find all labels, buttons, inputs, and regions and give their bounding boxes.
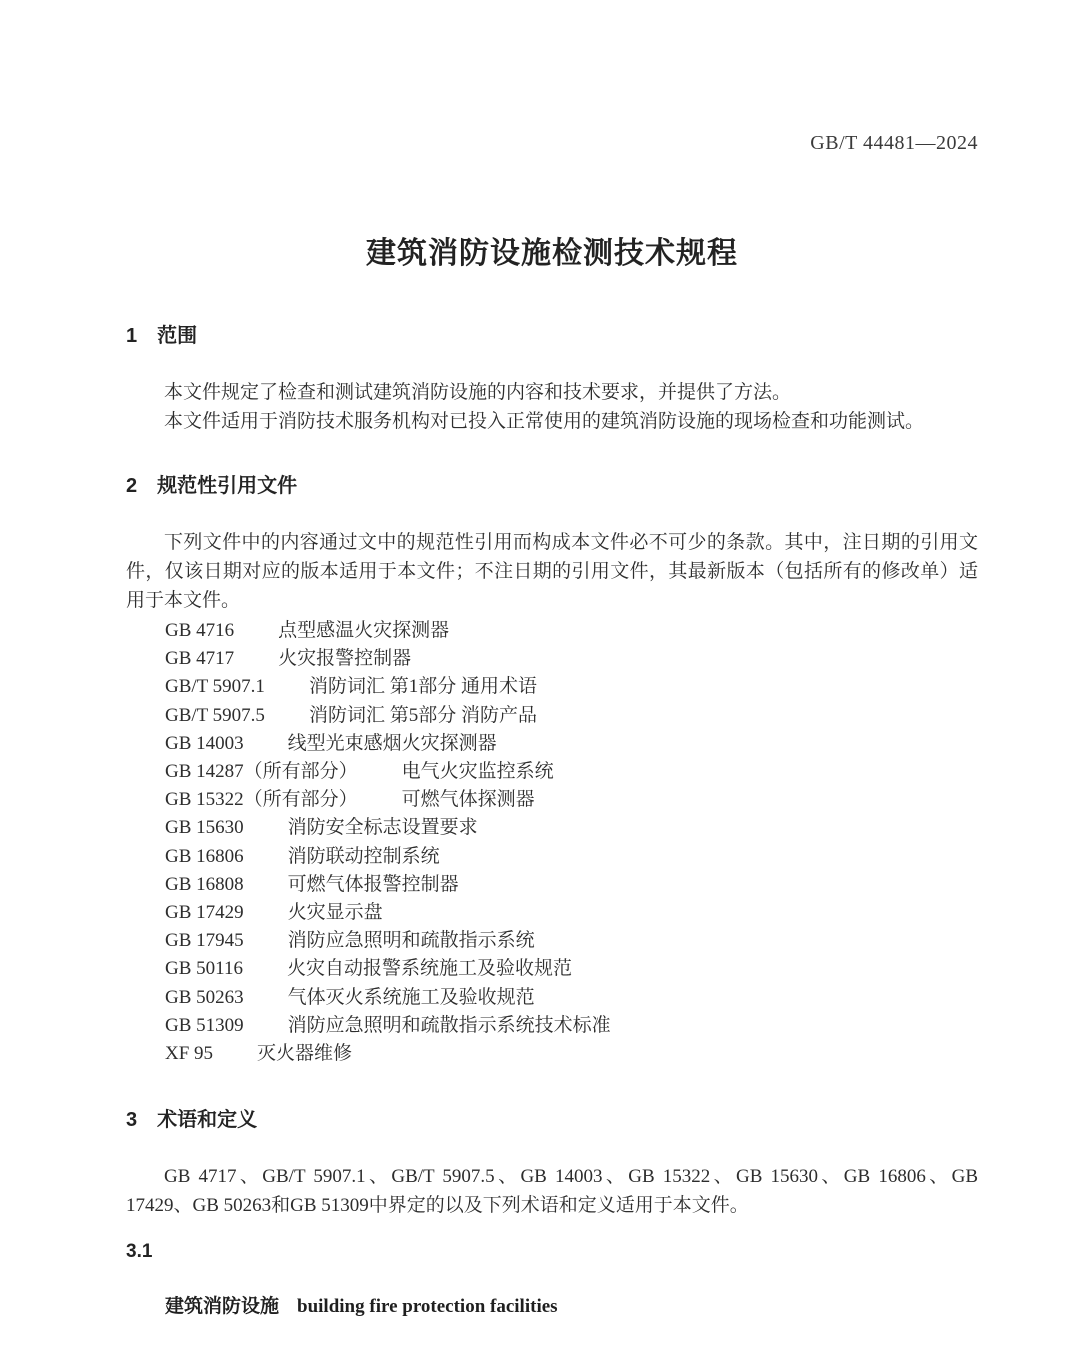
reference-title: 消防词汇 第5部分 消防产品: [309, 702, 537, 730]
reference-title: 火灾报警控制器: [278, 645, 411, 673]
reference-item: GB 14003 线型光束感烟火灾探测器: [165, 730, 978, 758]
reference-item: GB 4717 火灾报警控制器: [165, 645, 978, 673]
reference-code: GB 14003: [165, 730, 244, 758]
reference-item: GB 15630 消防安全标志设置要求: [165, 814, 978, 842]
term-definition-entry: 建筑消防设施building fire protection facilitie…: [126, 1294, 978, 1320]
clause-number: 3.1: [126, 1240, 978, 1264]
reference-title: 消防词汇 第1部分 通用术语: [309, 673, 537, 701]
reference-title: 消防应急照明和疏散指示系统技术标准: [288, 1012, 611, 1040]
section-title: 术语和定义: [157, 1109, 257, 1131]
term-english: building fire protection facilities: [297, 1296, 558, 1317]
section-heading-terms: 3术语和定义: [126, 1108, 978, 1132]
reference-item: GB 16808 可燃气体报警控制器: [165, 871, 978, 899]
reference-code: GB/T 5907.5: [165, 702, 265, 730]
reference-code: GB 16808: [165, 871, 244, 899]
reference-code: GB 51309: [165, 1012, 244, 1040]
normative-references-intro: 下列文件中的内容通过文中的规范性引用而构成本文件必不可少的条款。其中，注日期的引…: [126, 528, 978, 615]
reference-title: 线型光束感烟火灾探测器: [288, 730, 497, 758]
section-heading-scope: 1范围: [126, 324, 978, 348]
scope-paragraphs: 本文件规定了检查和测试建筑消防设施的内容和技术要求，并提供了方法。 本文件适用于…: [126, 378, 978, 436]
reference-item: GB 4716 点型感温火灾探测器: [165, 617, 978, 645]
reference-item: GB/T 5907.5 消防词汇 第5部分 消防产品: [165, 702, 978, 730]
reference-title: 点型感温火灾探测器: [278, 617, 449, 645]
reference-code: GB/T 5907.1: [165, 673, 265, 701]
reference-item: GB 16806 消防联动控制系统: [165, 843, 978, 871]
reference-title: 可燃气体探测器: [402, 786, 535, 814]
section-number: 3: [126, 1108, 137, 1132]
reference-title: 气体灭火系统施工及验收规范: [288, 984, 535, 1012]
reference-code: XF 95: [165, 1040, 213, 1068]
reference-title: 火灾自动报警系统施工及验收规范: [287, 955, 572, 983]
section-heading-normative-references: 2规范性引用文件: [126, 474, 978, 498]
reference-item: GB 51309 消防应急照明和疏散指示系统技术标准: [165, 1012, 978, 1040]
document-title: 建筑消防设施检测技术规程: [126, 236, 978, 272]
reference-item: GB 17429 火灾显示盘: [165, 899, 978, 927]
reference-code: GB 4716: [165, 617, 234, 645]
reference-title: 可燃气体报警控制器: [288, 871, 459, 899]
reference-item: GB/T 5907.1 消防词汇 第1部分 通用术语: [165, 673, 978, 701]
reference-code: GB 4717: [165, 645, 234, 673]
scope-paragraph-2: 本文件适用于消防技术服务机构对已投入正常使用的建筑消防设施的现场检查和功能测试。: [126, 407, 978, 436]
standard-number: GB/T 44481—2024: [126, 132, 978, 154]
reference-title: 消防安全标志设置要求: [288, 814, 478, 842]
scope-paragraph-1: 本文件规定了检查和测试建筑消防设施的内容和技术要求，并提供了方法。: [126, 378, 978, 407]
reference-title: 消防应急照明和疏散指示系统: [288, 927, 535, 955]
reference-code: GB 17945: [165, 927, 244, 955]
section-title: 规范性引用文件: [157, 475, 297, 497]
section-title: 范围: [157, 325, 197, 347]
section-number: 1: [126, 324, 137, 348]
reference-item: GB 15322（所有部分） 可燃气体探测器: [165, 786, 978, 814]
reference-title: 火灾显示盘: [288, 899, 383, 927]
section-number: 2: [126, 474, 137, 498]
reference-code: GB 14287（所有部分）: [165, 758, 358, 786]
reference-item: GB 50263 气体灭火系统施工及验收规范: [165, 984, 978, 1012]
terms-intro: GB 4717、GB/T 5907.1、GB/T 5907.5、GB 14003…: [126, 1162, 978, 1220]
reference-item: XF 95 灭火器维修: [165, 1040, 978, 1068]
reference-item: GB 17945 消防应急照明和疏散指示系统: [165, 927, 978, 955]
term-chinese: 建筑消防设施: [165, 1296, 279, 1317]
reference-code: GB 15322（所有部分）: [165, 786, 358, 814]
reference-code: GB 50263: [165, 984, 244, 1012]
reference-title: 灭火器维修: [257, 1040, 352, 1068]
reference-code: GB 16806: [165, 843, 244, 871]
reference-item: GB 50116 火灾自动报警系统施工及验收规范: [165, 955, 978, 983]
reference-item: GB 14287（所有部分） 电气火灾监控系统: [165, 758, 978, 786]
reference-code: GB 50116: [165, 955, 243, 983]
reference-title: 消防联动控制系统: [288, 843, 440, 871]
reference-list: GB 4716 点型感温火灾探测器 GB 4717 火灾报警控制器 GB/T 5…: [126, 617, 978, 1068]
document-page: GB/T 44481—2024 建筑消防设施检测技术规程 1范围 本文件规定了检…: [0, 0, 1078, 1357]
reference-code: GB 15630: [165, 814, 244, 842]
reference-title: 电气火灾监控系统: [402, 758, 554, 786]
reference-code: GB 17429: [165, 899, 244, 927]
